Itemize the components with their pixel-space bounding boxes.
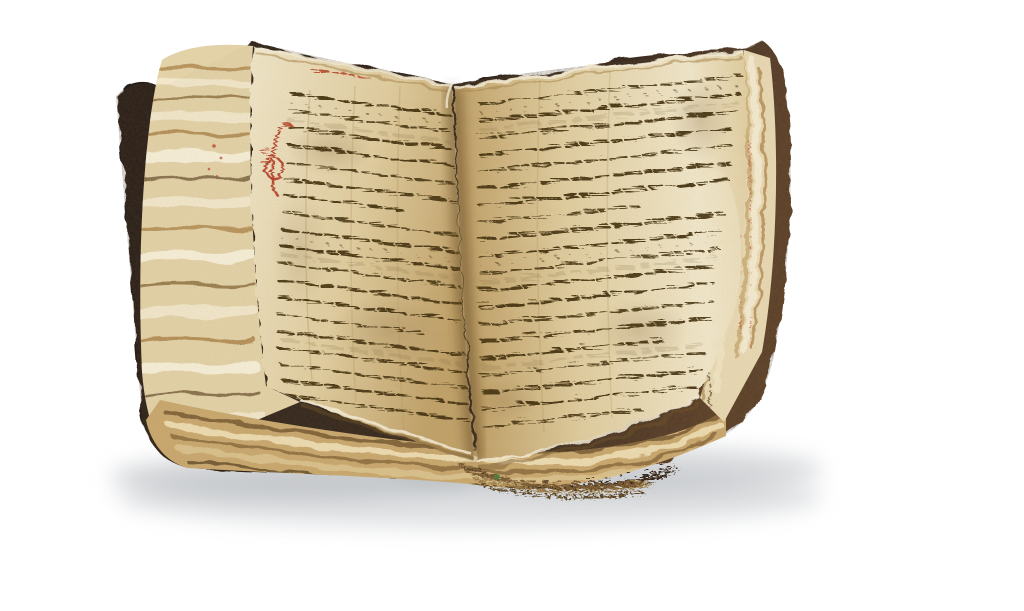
- photo-canvas: [0, 0, 1024, 611]
- parchment-grain-overlay: [100, 30, 810, 500]
- manuscript-photo: [0, 0, 1024, 611]
